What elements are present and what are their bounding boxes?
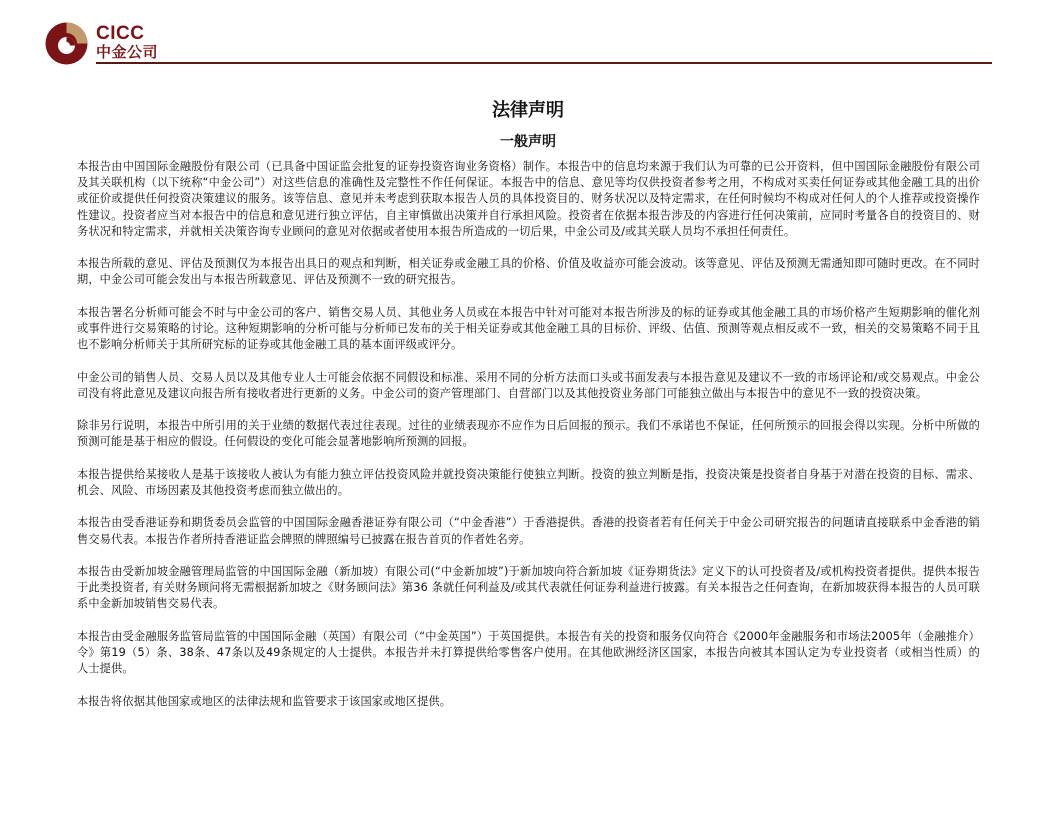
page-title: 法律声明 bbox=[0, 96, 1056, 122]
paragraph-uk: 本报告由受金融服务监管局监管的中国国际金融（英国）有限公司（“中金英国”）于英国… bbox=[77, 629, 980, 678]
paragraph-sales: 中金公司的销售人员、交易人员以及其他专业人士可能会依据不同假设和标准、采用不同的… bbox=[77, 370, 980, 402]
cicc-logo-icon bbox=[44, 21, 89, 66]
section-heading: 一般声明 bbox=[0, 131, 1056, 151]
paragraph-analyst: 本报告署名分析师可能会不时与中金公司的客户、销售交易人员、其他业务人员或在本报告… bbox=[77, 305, 980, 354]
brand-logo: CICC 中金公司 bbox=[96, 24, 158, 60]
paragraph-performance: 除非另行说明，本报告中所引用的关于业绩的数据代表过往表现。过往的业绩表现亦不应作… bbox=[77, 418, 980, 450]
logo-text-en: CICC bbox=[96, 24, 158, 43]
paragraph-hongkong: 本报告由受香港证券和期货委员会监管的中国国际金融香港证券有限公司（“中金香港”）… bbox=[77, 515, 980, 547]
paragraph-singapore: 本报告由受新加坡金融管理局监管的中国国际金融（新加坡）有限公司(“中金新加坡”)… bbox=[77, 564, 980, 613]
logo-text-cn: 中金公司 bbox=[96, 45, 158, 60]
paragraph-recipient: 本报告提供给某接收人是基于该接收人被认为有能力独立评估投资风险并就投资决策能行使… bbox=[77, 467, 980, 499]
paragraph-other-regions: 本报告将依据其他国家或地区的法律法规和监管要求于该国家或地区提供。 bbox=[77, 694, 980, 710]
header-divider bbox=[96, 62, 992, 64]
paragraph-opinions: 本报告所载的意见、评估及预测仅为本报告出具日的观点和判断，相关证券或金融工具的价… bbox=[77, 256, 980, 288]
disclaimer-body: 本报告由中国国际金融股份有限公司（已具备中国证监会批复的证券投资咨询业务资格）制… bbox=[77, 159, 980, 726]
paragraph-general: 本报告由中国国际金融股份有限公司（已具备中国证监会批复的证券投资咨询业务资格）制… bbox=[77, 159, 980, 240]
